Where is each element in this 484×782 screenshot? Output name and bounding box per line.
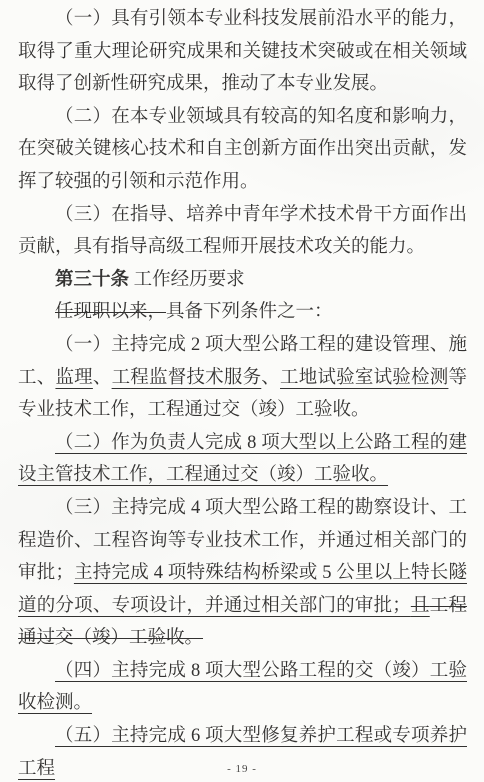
text-segment-normal: 具备下列条件之一： xyxy=(166,302,333,322)
text-segment-underline: 监理 xyxy=(55,368,92,388)
clause-ability-2: （二）在本专业领域具有较高的知名度和影响力，在突破关键核心技术和自主创新方面作出… xyxy=(18,101,467,199)
text-segment-underline: （二）作为负责人完成 8 项大型以上公路工程的建设主管技术工作，工程通过交（竣）… xyxy=(18,433,467,486)
text-segment-underline: （四）主持完成 8 项大型公路工程的交（竣）工验收检测。 xyxy=(18,661,467,714)
text-segment-normal: 、 xyxy=(93,368,112,388)
text-segment-strike-underline: 且 xyxy=(411,596,430,616)
article-30-heading: 第三十条 工作经历要求 xyxy=(18,264,467,297)
condition-1: （一）主持完成 2 项大型公路工程的建设管理、施工、监理、工程监督技术服务、工地… xyxy=(18,329,467,427)
text-segment-normal: （三）在指导、培养中青年学术技术骨干方面作出贡献，具有指导高级工程师开展技术攻关… xyxy=(18,205,467,258)
text-segment-underline: 工程监督技术服务 xyxy=(112,368,262,388)
document-body: （一）具有引领本专业科技发展前沿水平的能力，取得了重大理论研究成果和关键技术突破… xyxy=(0,0,484,782)
clause-ability-1: （一）具有引领本专业科技发展前沿水平的能力，取得了重大理论研究成果和关键技术突破… xyxy=(18,3,467,101)
document-page: （一）具有引领本专业科技发展前沿水平的能力，取得了重大理论研究成果和关键技术突破… xyxy=(0,0,484,782)
condition-3: （三）主持完成 4 项大型公路工程的勘察设计、工程造价、工程咨询等专业技术工作，… xyxy=(18,492,467,655)
clause-ability-3: （三）在指导、培养中青年学术技术骨干方面作出贡献，具有指导高级工程师开展技术攻关… xyxy=(18,199,467,264)
text-segment-underline: 主持完成 4 项特殊结构桥梁或 5 公里以上特长隧道的分项、专项设计，并通过相关… xyxy=(18,563,467,616)
conditions-intro: 任现职以来，具备下列条件之一： xyxy=(18,296,467,329)
text-segment-normal: （一）具有引领本专业科技发展前沿水平的能力，取得了重大理论研究成果和关键技术突破… xyxy=(18,9,467,94)
text-segment-underline: 工地试验室试验检测 xyxy=(280,368,448,388)
text-segment-normal: 、 xyxy=(261,368,280,388)
condition-4: （四）主持完成 8 项大型公路工程的交（竣）工验收检测。 xyxy=(18,655,467,720)
text-segment-bold: 第三十条 xyxy=(55,270,129,290)
text-segment-strike: 任现职以来， xyxy=(55,302,166,322)
text-segment-normal: 工作经历要求 xyxy=(129,270,245,290)
condition-2: （二）作为负责人完成 8 项大型以上公路工程的建设主管技术工作，工程通过交（竣）… xyxy=(18,427,467,492)
text-segment-normal: （二）在本专业领域具有较高的知名度和影响力，在突破关键核心技术和自主创新方面作出… xyxy=(18,107,467,192)
page-number: - 19 - xyxy=(0,763,484,775)
